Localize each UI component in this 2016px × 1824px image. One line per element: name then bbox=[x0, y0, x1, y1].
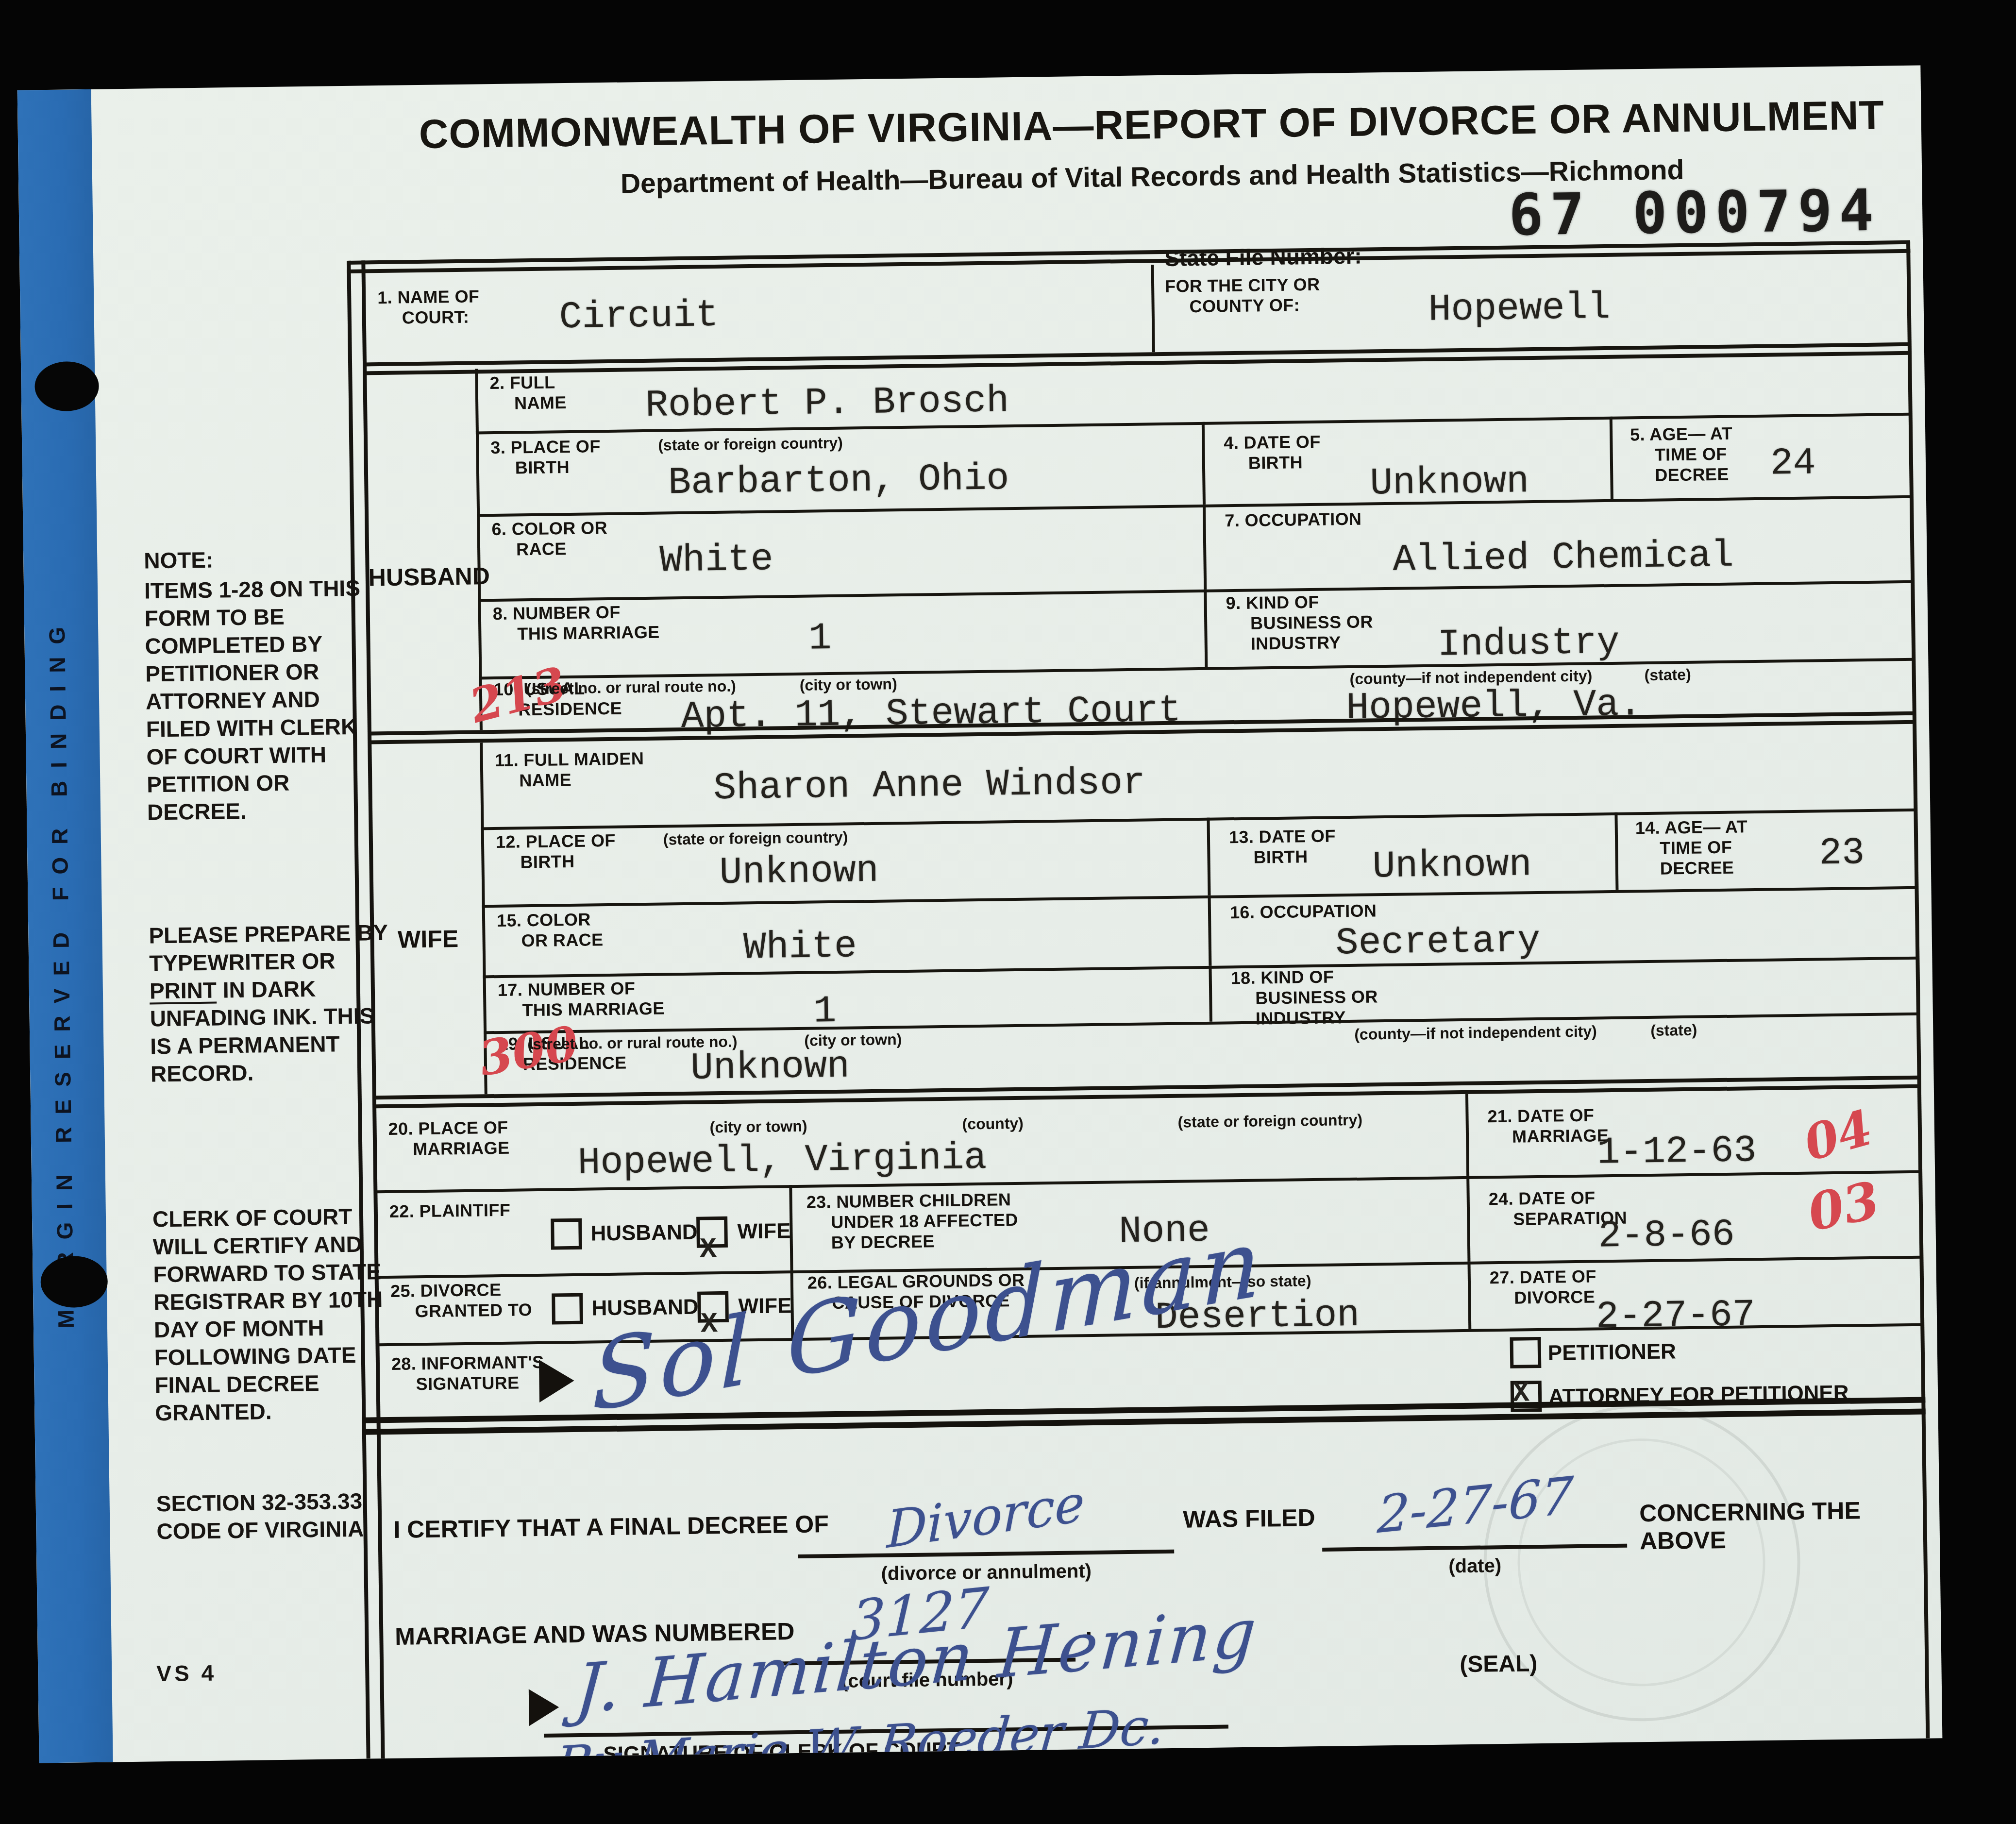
residence-state-sublabel: (state) bbox=[1650, 1021, 1697, 1040]
husband-marriage-number-label: 8. NUMBER OF THIS MARRIAGE bbox=[493, 601, 663, 644]
wife-name-label: 11. FULL MAIDEN NAME bbox=[494, 748, 650, 791]
section-code-note: SECTION 32-353.33 CODE OF VIRGINIA bbox=[156, 1487, 387, 1545]
separation-date-value: 2-8-66 bbox=[1598, 1215, 1735, 1257]
decree-type-value: Divorce bbox=[887, 1473, 1085, 1560]
petitioner-checkbox bbox=[1510, 1337, 1541, 1368]
husband-race-label: 6. COLOR OR RACE bbox=[491, 518, 613, 560]
column-divider bbox=[1203, 505, 1207, 590]
certify-text-post: CONCERNING THE ABOVE bbox=[1639, 1496, 1931, 1555]
form-title: COMMONWEALTH OF VIRGINIA—REPORT OF DIVOR… bbox=[396, 90, 1907, 159]
residence-state-sublabel: (state) bbox=[1644, 666, 1691, 684]
wife-birthplace-label: 12. PLACE OF BIRTH bbox=[496, 830, 637, 873]
marriage-place-city-sublabel: (city or town) bbox=[709, 1117, 807, 1137]
column-divider bbox=[1209, 966, 1212, 1022]
court-name-label: 1. NAME OF COURT: bbox=[377, 286, 509, 329]
row-rule bbox=[478, 580, 1913, 602]
husband-age-label: 5. AGE— AT TIME OF DECREE bbox=[1630, 423, 1760, 486]
wife-race-value: White bbox=[743, 927, 857, 968]
wife-name-value: Sharon Anne Windsor bbox=[713, 763, 1145, 809]
husband-name-value: Robert P. Brosch bbox=[645, 381, 1009, 426]
residence-city-sublabel: (city or town) bbox=[800, 675, 897, 694]
plaintiff-wife-option-label: WIFE bbox=[737, 1219, 791, 1243]
column-divider bbox=[1610, 417, 1613, 499]
wife-occupation-label: 16. OCCUPATION bbox=[1230, 899, 1459, 923]
granted-husband-checkbox bbox=[552, 1293, 583, 1325]
column-divider bbox=[1466, 1176, 1470, 1262]
decree-type-blank bbox=[798, 1550, 1174, 1558]
section-rule bbox=[375, 1076, 1919, 1109]
column-divider bbox=[1202, 422, 1206, 505]
city-county-label: FOR THE CITY OR COUNTY OF: bbox=[1165, 273, 1398, 317]
certify-text-pre: I CERTIFY THAT A FINAL DECREE OF bbox=[393, 1510, 829, 1544]
informant-arrow-icon bbox=[539, 1359, 574, 1402]
form-grid: 1. NAME OF COURT: Circuit FOR THE CITY O… bbox=[365, 255, 1928, 1758]
court-name-value: Circuit bbox=[559, 296, 719, 338]
divorce-granted-label: 25. DIVORCE GRANTED TO bbox=[390, 1279, 537, 1322]
form-top-rule bbox=[347, 240, 1910, 273]
form-code: VS 4 bbox=[156, 1659, 217, 1688]
divorce-date-value: 2-27-67 bbox=[1596, 1295, 1755, 1337]
husband-industry-label: 9. KIND OF BUSINESS OR INDUSTRY bbox=[1226, 591, 1392, 654]
children-label: 23. NUMBER CHILDREN UNDER 18 AFFECTED BY… bbox=[806, 1189, 1025, 1253]
column-divider bbox=[1204, 590, 1208, 667]
row-rule bbox=[482, 886, 1917, 908]
plaintiff-label: 22. PLAINTIFF bbox=[389, 1199, 570, 1222]
row-rule bbox=[484, 1013, 1918, 1034]
husband-race-value: White bbox=[659, 540, 773, 581]
plaintiff-husband-option-label: HUSBAND bbox=[590, 1221, 698, 1246]
wife-age-label: 14. AGE— AT TIME OF DECREE bbox=[1635, 816, 1765, 879]
binding-margin-label: MARGIN RESERVED FOR BINDING bbox=[44, 614, 79, 1328]
wife-birthplace-sublabel: (state or foreign country) bbox=[663, 828, 848, 849]
husband-age-value: 24 bbox=[1770, 443, 1816, 484]
husband-birthdate-label: 4. DATE OF BIRTH bbox=[1224, 431, 1355, 474]
document-page: MARGIN RESERVED FOR BINDING NOTE: ITEMS … bbox=[17, 65, 1943, 1763]
marriage-date-value: 1-12-63 bbox=[1597, 1131, 1757, 1173]
husband-birthplace-sublabel: (state or foreign country) bbox=[658, 434, 843, 455]
seal-label: (SEAL) bbox=[1460, 1650, 1538, 1678]
residence-street-sublabel: (street no. or rural route no.) bbox=[526, 677, 736, 698]
wife-marriage-number-label: 17. NUMBER OF THIS MARRIAGE bbox=[498, 978, 668, 1021]
husband-name-label: 2. FULL NAME bbox=[489, 372, 597, 414]
row-rule bbox=[479, 658, 1914, 680]
marriage-place-label: 20. PLACE OF MARRIAGE bbox=[388, 1117, 549, 1160]
husband-birthplace-value: Barbarton, Ohio bbox=[668, 459, 1009, 503]
column-divider bbox=[1614, 812, 1618, 890]
state-file-number-stamp: 67 000794 bbox=[1508, 182, 1881, 244]
wife-birthplace-value: Unknown bbox=[719, 851, 879, 893]
binding-strip: MARGIN RESERVED FOR BINDING bbox=[17, 89, 113, 1763]
prepare-note-pre: PLEASE PREPARE BY TYPEWRITER OR bbox=[149, 920, 387, 976]
wife-race-label: 15. COLOR OR RACE bbox=[497, 909, 619, 951]
marriage-date-annotation: 04 bbox=[1798, 1098, 1879, 1172]
column-divider bbox=[1208, 895, 1212, 966]
husband-occupation-value: Allied Chemical bbox=[1393, 536, 1734, 580]
wife-residence-street-value: Unknown bbox=[690, 1047, 850, 1089]
column-divider bbox=[1207, 818, 1210, 895]
wife-occupation-value: Secretary bbox=[1335, 921, 1540, 964]
was-filed-label: WAS FILED bbox=[1183, 1504, 1315, 1534]
column-divider bbox=[1467, 1262, 1471, 1329]
city-county-value: Hopewell bbox=[1428, 288, 1611, 330]
husband-section-label: HUSBAND bbox=[368, 563, 478, 591]
husband-birthplace-label: 3. PLACE OF BIRTH bbox=[490, 436, 632, 478]
marriage-place-county-sublabel: (county) bbox=[962, 1115, 1024, 1133]
husband-birthdate-value: Unknown bbox=[1370, 462, 1529, 504]
row1-divider bbox=[1151, 265, 1155, 352]
plaintiff-wife-checkmark: X bbox=[700, 1236, 717, 1264]
row-rule bbox=[483, 957, 1918, 979]
filed-date-blank bbox=[1322, 1544, 1627, 1552]
prepare-note-print: PRINT bbox=[150, 978, 217, 1004]
scan-background: MARGIN RESERVED FOR BINDING NOTE: ITEMS … bbox=[0, 0, 2016, 1824]
petitioner-option-label: PETITIONER bbox=[1548, 1340, 1677, 1365]
wife-birthdate-value: Unknown bbox=[1372, 845, 1532, 887]
residence-county-sublabel: (county—if not independent city) bbox=[1354, 1022, 1597, 1044]
note-heading: NOTE: bbox=[144, 546, 214, 575]
separation-date-annotation: 03 bbox=[1803, 1169, 1884, 1243]
filed-date-value: 2-27-67 bbox=[1377, 1466, 1575, 1545]
wife-marriage-number-value: 1 bbox=[813, 992, 837, 1032]
section-rule bbox=[366, 342, 1910, 375]
marriage-place-state-sublabel: (state or foreign country) bbox=[1177, 1111, 1362, 1132]
clerk-arrow-icon bbox=[529, 1689, 559, 1726]
column-divider bbox=[1465, 1094, 1469, 1176]
wife-birthdate-label: 13. DATE OF BIRTH bbox=[1229, 826, 1361, 868]
wife-age-value: 23 bbox=[1819, 833, 1865, 874]
plaintiff-husband-checkbox bbox=[551, 1218, 582, 1250]
husband-marriage-number-value: 1 bbox=[808, 619, 832, 659]
husband-occupation-label: 7. OCCUPATION bbox=[1225, 507, 1453, 531]
wife-section-label: WIFE bbox=[373, 925, 483, 953]
husband-industry-value: Industry bbox=[1437, 623, 1620, 665]
filed-date-sublabel: (date) bbox=[1322, 1555, 1627, 1577]
marriage-place-value: Hopewell, Virginia bbox=[577, 1138, 987, 1183]
column-divider bbox=[789, 1185, 793, 1270]
